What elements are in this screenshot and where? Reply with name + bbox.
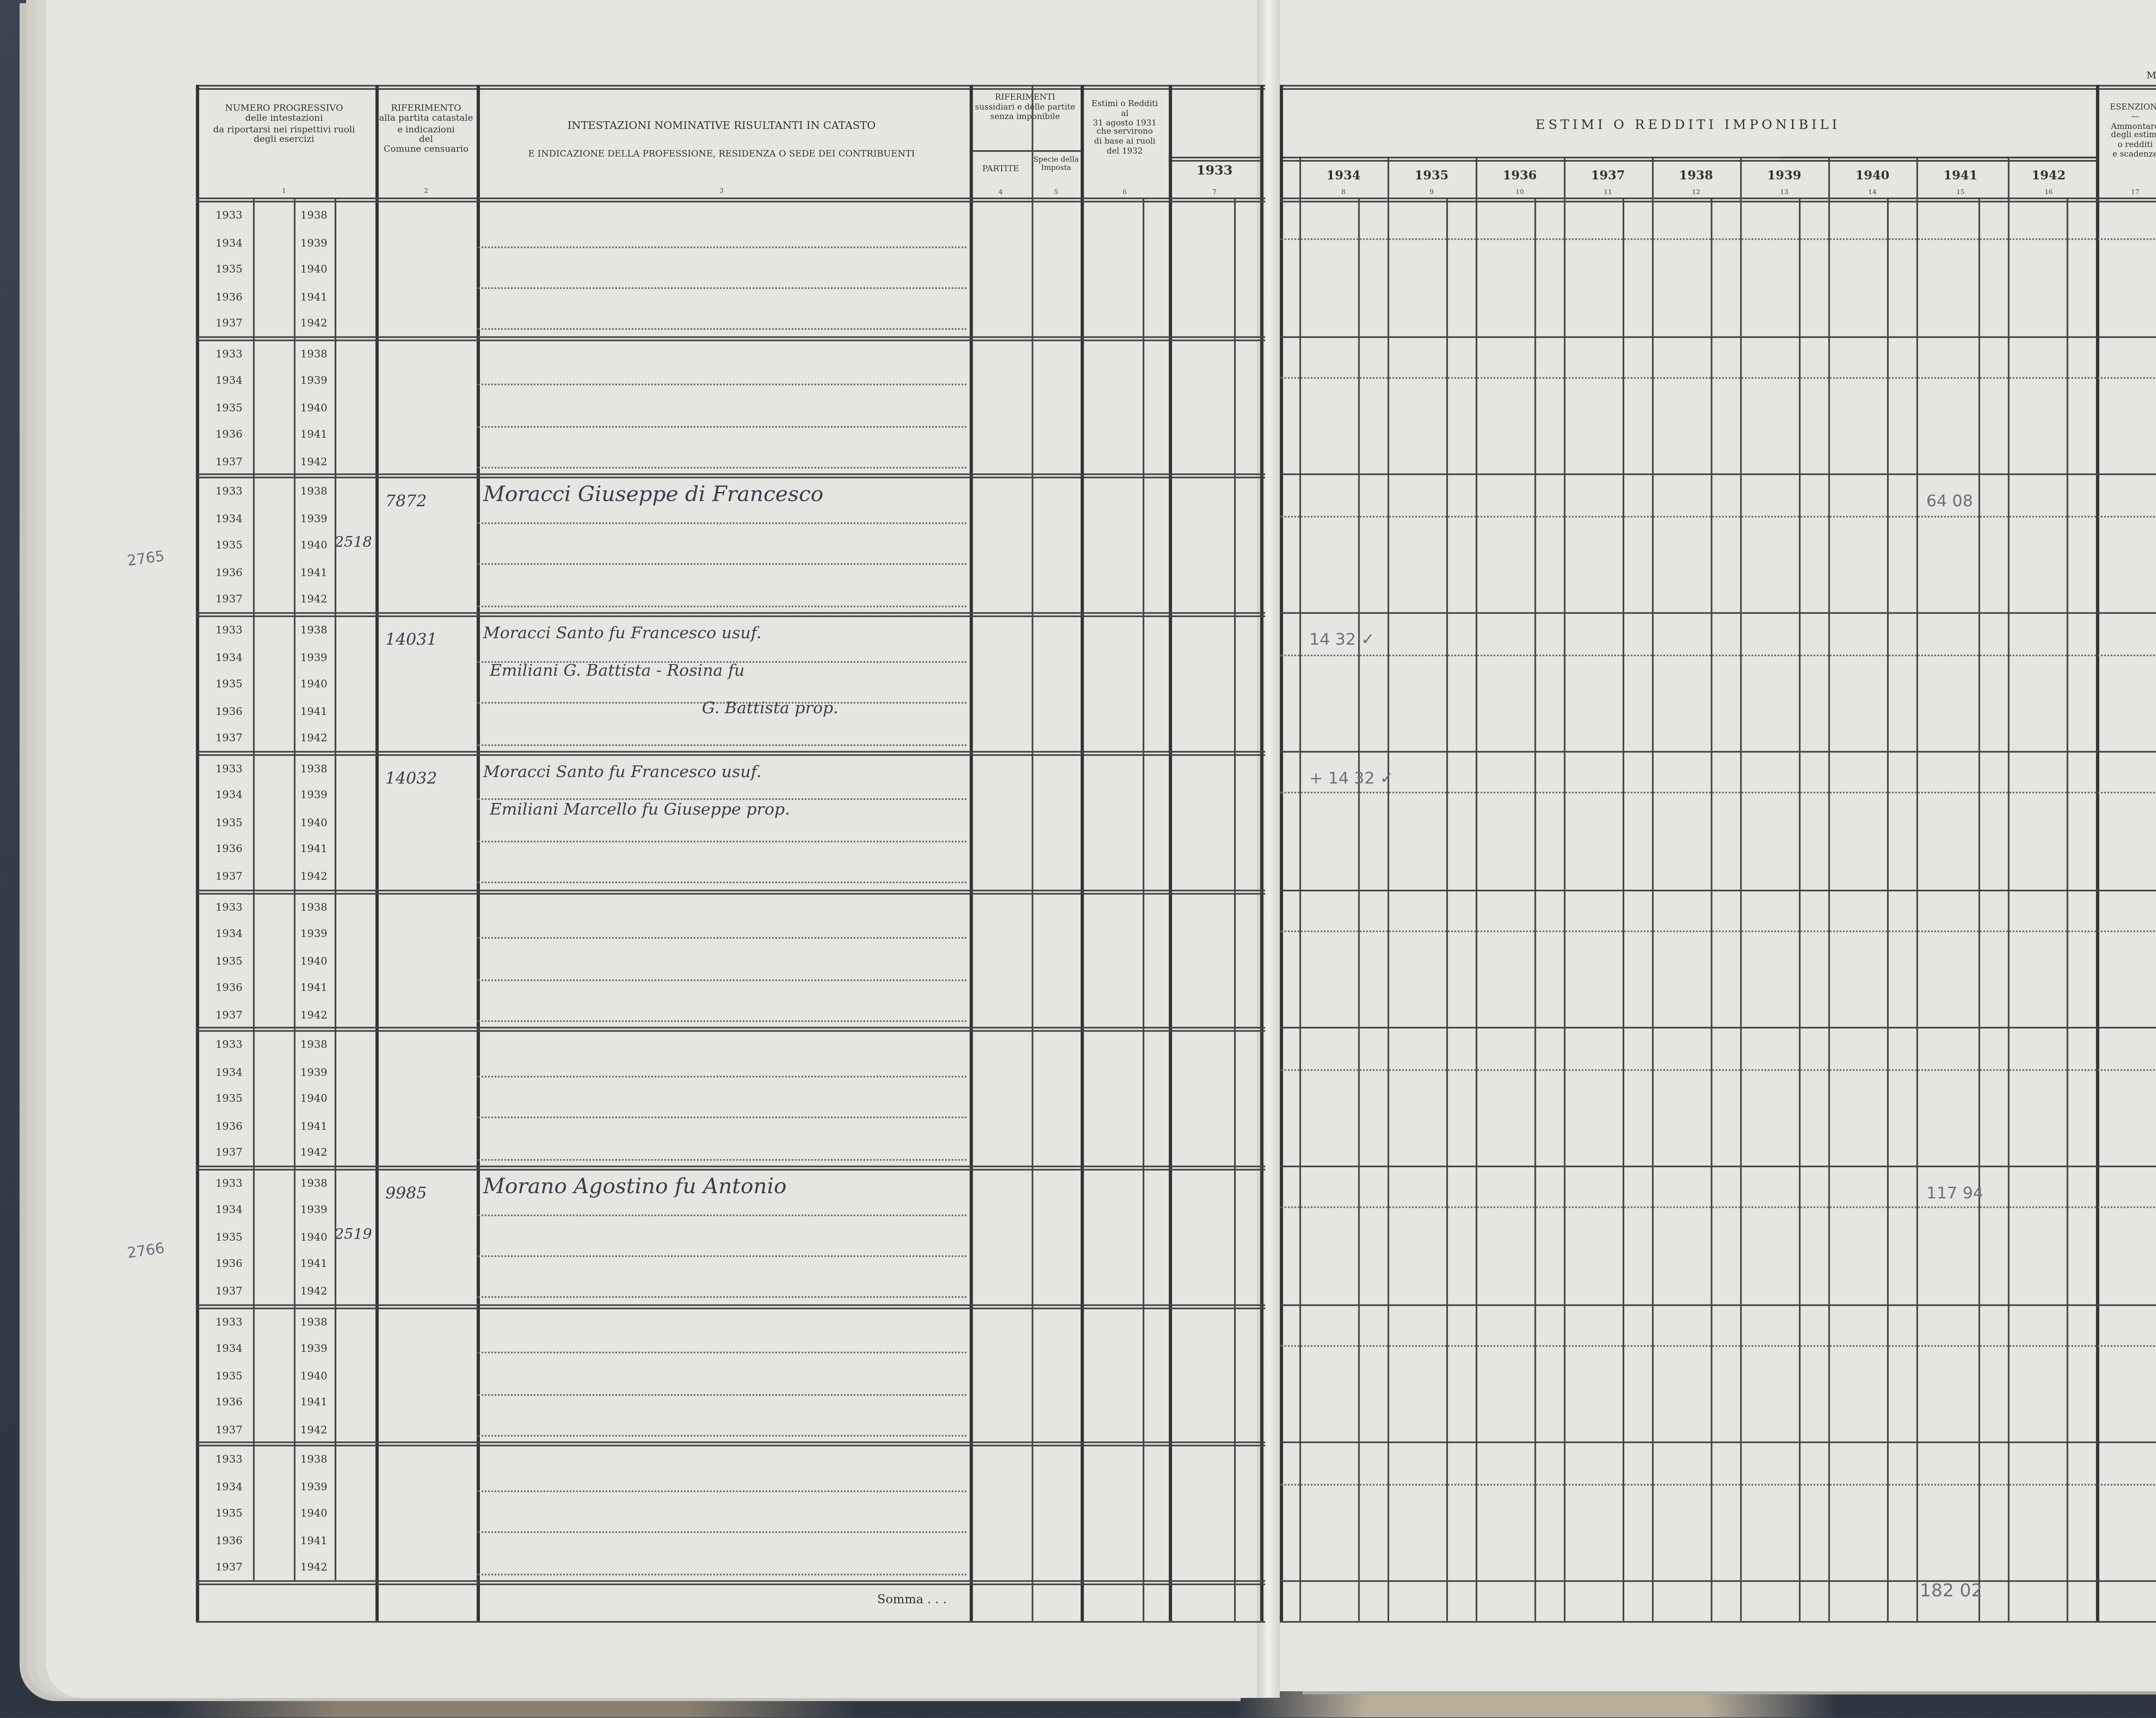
- partita-number: 9985: [385, 1185, 426, 1203]
- column-number: 9: [1388, 188, 1476, 196]
- year-label: 1937: [216, 870, 243, 883]
- block-rule: [1280, 474, 2156, 476]
- year-label: 1937: [216, 1008, 243, 1021]
- estimate-value-1941: 64 08: [1926, 494, 1973, 512]
- subheader-rule: [1169, 157, 1260, 161]
- estimate-value-1941: 117 94: [1926, 1185, 1983, 1203]
- dotted-line: [1280, 792, 2156, 794]
- col4-label: PARTITE: [970, 166, 1032, 176]
- year-label: 1939: [301, 374, 328, 387]
- cents-rule: [1799, 198, 1801, 1621]
- partita-number: 7872: [385, 494, 426, 512]
- year-label: 1942: [301, 1008, 328, 1021]
- owner-entry-line: Moracci Santo fu Francesco usuf.: [483, 764, 761, 782]
- year-label: 1936: [216, 290, 243, 303]
- form-code: Mod. 111 - Imposte Dirette (Intercalare)…: [2106, 72, 2156, 83]
- year-label: 1936: [216, 981, 243, 994]
- column-number: 15: [1916, 188, 2004, 196]
- dotted-line: [476, 1255, 966, 1257]
- year-label: 1937: [216, 1561, 243, 1574]
- dotted-line: [476, 1020, 966, 1022]
- dotted-line: [1280, 377, 2156, 379]
- dotted-line: [476, 605, 966, 607]
- year-label: 1933: [216, 1315, 243, 1328]
- year-label: 1942: [301, 1146, 328, 1159]
- side-reference: 2518: [335, 536, 372, 552]
- year-label: 1935: [216, 1507, 243, 1520]
- year-label: 1938: [301, 209, 328, 222]
- year-label: 1934: [216, 1066, 243, 1078]
- owner-entry-line: Emiliani G. Battista - Rosina fu: [490, 663, 745, 681]
- year-label: 1938: [301, 1453, 328, 1466]
- year-label: 1934: [216, 1204, 243, 1217]
- dotted-line: [476, 1297, 966, 1298]
- estimi-group-title: ESTIMI O REDDITI IMPONIBILI: [1280, 118, 2096, 133]
- year-label: 1933: [216, 762, 243, 775]
- year-label: 1941: [301, 1119, 328, 1132]
- year-label: 1938: [301, 762, 328, 775]
- year-label: 1938: [301, 1038, 328, 1051]
- owner-entry-line: Emiliani Marcello fu Giuseppe prop.: [490, 801, 790, 819]
- cents-rule: [2067, 198, 2068, 1621]
- year-label: 1933: [216, 1177, 243, 1190]
- year-label: 1935: [216, 954, 243, 967]
- year-label: 1938: [301, 1315, 328, 1328]
- year-header-1941: 1941: [1916, 170, 2004, 184]
- year-header-1934: 1934: [1299, 170, 1387, 184]
- year-label: 1942: [301, 870, 328, 883]
- year-label: 1940: [301, 1507, 328, 1520]
- block-rule: [1280, 612, 2156, 614]
- year-label: 1939: [301, 651, 328, 664]
- year-label: 1937: [216, 1423, 243, 1436]
- year-label: 1934: [216, 236, 243, 249]
- year-label: 1936: [216, 566, 243, 579]
- block-rule: [196, 1166, 1265, 1170]
- year-label: 1933: [216, 347, 243, 360]
- dotted-line: [1280, 1207, 2156, 1209]
- column-rule: [1169, 85, 1172, 1621]
- year-label: 1941: [301, 981, 328, 994]
- year-header-1939: 1939: [1740, 170, 1828, 184]
- dotted-line: [476, 1394, 966, 1395]
- block-rule: [196, 1304, 1265, 1308]
- block-rule: [1280, 1304, 2156, 1305]
- year-label: 1940: [301, 677, 328, 690]
- column-number: 14: [1828, 188, 1916, 196]
- year-header-1935: 1935: [1388, 170, 1476, 184]
- cents-rule: [1535, 198, 1536, 1621]
- year-label: 1942: [301, 1285, 328, 1298]
- year-label: 1936: [216, 428, 243, 441]
- dotted-line: [476, 287, 966, 289]
- column-rule: [376, 85, 379, 1621]
- dotted-line: [476, 1117, 966, 1119]
- subheader-rule: [970, 150, 1081, 152]
- dotted-line: [476, 246, 966, 248]
- col3-title: INTESTAZIONI NOMINATIVE RISULTANTI IN CA…: [476, 121, 966, 133]
- cents-rule: [1143, 198, 1144, 1621]
- owner-entry-line: Moracci Giuseppe di Francesco: [483, 484, 824, 508]
- year-label: 1935: [216, 1231, 243, 1244]
- dotted-line: [1280, 930, 2156, 932]
- year-label: 1940: [301, 539, 328, 552]
- dotted-line: [476, 523, 966, 524]
- year-label: 1935: [216, 1092, 243, 1105]
- dotted-line: [476, 426, 966, 427]
- dotted-line: [1280, 1345, 2156, 1347]
- year-label: 1935: [216, 401, 243, 414]
- year-label: 1941: [301, 566, 328, 579]
- year-label: 1936: [216, 1396, 243, 1409]
- side-reference: 2519: [335, 1227, 372, 1244]
- year-label: 1933: [216, 1453, 243, 1466]
- year-label: 1936: [216, 705, 243, 718]
- column-number: 12: [1652, 188, 1740, 196]
- top-rule-left: [196, 85, 1265, 90]
- col3-subtitle: E INDICAZIONE DELLA PROFESSIONE, RESIDEN…: [476, 150, 966, 160]
- column-rule: [1081, 85, 1084, 1621]
- year-label: 1935: [216, 816, 243, 829]
- dotted-line: [476, 1159, 966, 1160]
- year-label: 1941: [301, 1396, 328, 1409]
- block-rule: [196, 751, 1265, 756]
- year-label: 1938: [301, 900, 328, 913]
- dotted-line: [1280, 516, 2156, 517]
- year-label: 1939: [301, 1204, 328, 1217]
- dotted-line: [476, 467, 966, 469]
- block-rule: [196, 198, 1265, 202]
- owner-entry-line: G. Battista prop.: [702, 700, 839, 718]
- dotted-line: [476, 840, 966, 842]
- year-label: 1937: [216, 593, 243, 606]
- cents-rule: [1623, 198, 1624, 1621]
- year-label: 1941: [301, 843, 328, 856]
- dotted-line: [1280, 1483, 2156, 1485]
- dotted-line: [476, 1532, 966, 1533]
- somma-label: Somma . . .: [783, 1593, 947, 1608]
- dotted-line: [476, 744, 966, 746]
- column-rule: [2096, 85, 2100, 1621]
- owner-entry-line: Moracci Santo fu Francesco usuf.: [483, 625, 761, 643]
- year-label: 1935: [216, 677, 243, 690]
- dotted-line: [476, 1490, 966, 1492]
- block-rule: [1280, 336, 2156, 338]
- year-label: 1942: [301, 731, 328, 744]
- year-label: 1939: [301, 789, 328, 802]
- block-rule: [196, 336, 1265, 341]
- year-label: 1937: [216, 1285, 243, 1298]
- year-label: 1933: [216, 624, 243, 636]
- col1-title: NUMERO PROGRESSIVO: [199, 104, 369, 115]
- year-label: 1939: [301, 512, 328, 525]
- year-label: 1940: [301, 1092, 328, 1105]
- column-rule: [970, 85, 973, 1621]
- dotted-line: [476, 329, 966, 331]
- cents-rule: [1234, 198, 1236, 1621]
- block-rule: [196, 474, 1265, 479]
- year-label: 1942: [301, 317, 328, 329]
- year-label: 1941: [301, 290, 328, 303]
- column-number: 16: [2005, 188, 2093, 196]
- year-label: 1933: [216, 209, 243, 222]
- cents-rule: [1978, 198, 1980, 1621]
- somma-total-1941: 182 02: [1920, 1580, 1983, 1602]
- year-label: 1934: [216, 651, 243, 664]
- partita-number: 14031: [385, 632, 437, 650]
- year-label: 1934: [216, 927, 243, 940]
- dotted-line: [476, 1435, 966, 1437]
- year-label: 1939: [301, 236, 328, 249]
- dotted-line: [476, 799, 966, 801]
- column-number: 10: [1476, 188, 1564, 196]
- year-label: 1935: [216, 263, 243, 276]
- dotted-line: [476, 1075, 966, 1077]
- year-label: 1934: [216, 789, 243, 802]
- column-rule: [476, 85, 480, 1621]
- year-label: 1942: [301, 593, 328, 606]
- year-label: 1936: [216, 843, 243, 856]
- column-rule: [1260, 85, 1264, 1621]
- block-rule: [1280, 198, 2156, 202]
- year-label: 1937: [216, 731, 243, 744]
- block-rule: [196, 1580, 1265, 1585]
- cents-rule: [1887, 198, 1889, 1621]
- year-label: 1942: [301, 1423, 328, 1436]
- block-rule: [196, 1442, 1265, 1447]
- year-label: 1938: [301, 486, 328, 498]
- year-header-1942: 1942: [2005, 170, 2093, 184]
- owner-entry-line: Morano Agostino fu Antonio: [483, 1175, 787, 1200]
- year-label: 1933: [216, 900, 243, 913]
- year-label: 1939: [301, 1066, 328, 1078]
- col2-title: RIFERIMENTO: [376, 104, 477, 115]
- column-rule: [196, 85, 199, 1621]
- dotted-line: [476, 564, 966, 566]
- block-rule: [1280, 1166, 2156, 1167]
- block-rule: [196, 889, 1265, 893]
- dotted-line: [476, 661, 966, 662]
- year-label: 1933: [216, 486, 243, 498]
- column-number: 11: [1564, 188, 1652, 196]
- esenzioni-title: ESENZIONI: [2096, 104, 2156, 114]
- year-label: 1934: [216, 1342, 243, 1355]
- year-label: 1938: [301, 1177, 328, 1190]
- year-label: 1934: [216, 374, 243, 387]
- year-header-1940: 1940: [1828, 170, 1916, 184]
- year-label: 1939: [301, 1480, 328, 1493]
- partita-number: 14032: [385, 770, 437, 788]
- year-label: 1936: [216, 1534, 243, 1547]
- year-label: 1937: [216, 317, 243, 329]
- year-label: 1942: [301, 1561, 328, 1574]
- dotted-line: [476, 937, 966, 939]
- year-label: 1940: [301, 816, 328, 829]
- year-label: 1941: [301, 1534, 328, 1547]
- block-rule: [196, 1027, 1265, 1032]
- cents-rule: [1358, 198, 1360, 1621]
- year-label: 1938: [301, 347, 328, 360]
- year-band-rule: [1280, 157, 2096, 161]
- year-label: 1941: [301, 428, 328, 441]
- column-rule: [1280, 85, 1283, 1621]
- year-header-1936: 1936: [1476, 170, 1564, 184]
- year-label: 1940: [301, 401, 328, 414]
- dotted-line: [1280, 239, 2156, 241]
- col5-label: Specie della Imposta: [1032, 157, 1081, 173]
- year-label: 1942: [301, 455, 328, 468]
- estimate-value-1934: + 14 32 ✓: [1309, 770, 1394, 788]
- bottom-rule: [1280, 1621, 2156, 1623]
- dotted-line: [476, 1214, 966, 1216]
- dotted-line: [476, 384, 966, 386]
- year-label: 1937: [216, 1146, 243, 1159]
- year-label: 1939: [301, 927, 328, 940]
- year-label: 1940: [301, 1369, 328, 1382]
- year-header-1938: 1938: [1652, 170, 1740, 184]
- col7-year: 1933: [1169, 163, 1260, 179]
- dotted-line: [476, 1352, 966, 1354]
- column-number: 13: [1740, 188, 1828, 196]
- block-rule: [1280, 1027, 2156, 1029]
- estimate-value-1934: 14 32 ✓: [1309, 632, 1375, 650]
- year-label: 1938: [301, 624, 328, 636]
- year-header-1937: 1937: [1564, 170, 1652, 184]
- year-label: 1933: [216, 1038, 243, 1051]
- dotted-line: [476, 979, 966, 981]
- bottom-rule: [196, 1621, 1265, 1623]
- year-label: 1936: [216, 1119, 243, 1132]
- year-label: 1941: [301, 1257, 328, 1270]
- year-label: 1935: [216, 539, 243, 552]
- year-label: 1941: [301, 705, 328, 718]
- year-label: 1934: [216, 1480, 243, 1493]
- cents-rule: [1446, 198, 1448, 1621]
- year-label: 1934: [216, 512, 243, 525]
- dotted-line: [476, 882, 966, 884]
- dotted-line: [476, 1573, 966, 1575]
- block-rule: [1280, 889, 2156, 890]
- year-label: 1935: [216, 1369, 243, 1382]
- block-rule: [1280, 1580, 2156, 1582]
- block-rule: [1280, 751, 2156, 752]
- dotted-line: [1280, 654, 2156, 655]
- column-rule: [1032, 85, 1034, 1621]
- year-label: 1940: [301, 1231, 328, 1244]
- top-rule-right: [1280, 85, 2156, 90]
- block-rule: [1280, 1442, 2156, 1444]
- column-number: 8: [1299, 188, 1387, 196]
- block-rule: [196, 612, 1265, 617]
- year-label: 1939: [301, 1342, 328, 1355]
- year-label: 1940: [301, 954, 328, 967]
- year-label: 1936: [216, 1257, 243, 1270]
- dotted-line: [1280, 1069, 2156, 1070]
- year-label: 1940: [301, 263, 328, 276]
- cents-rule: [1711, 198, 1712, 1621]
- year-label: 1937: [216, 455, 243, 468]
